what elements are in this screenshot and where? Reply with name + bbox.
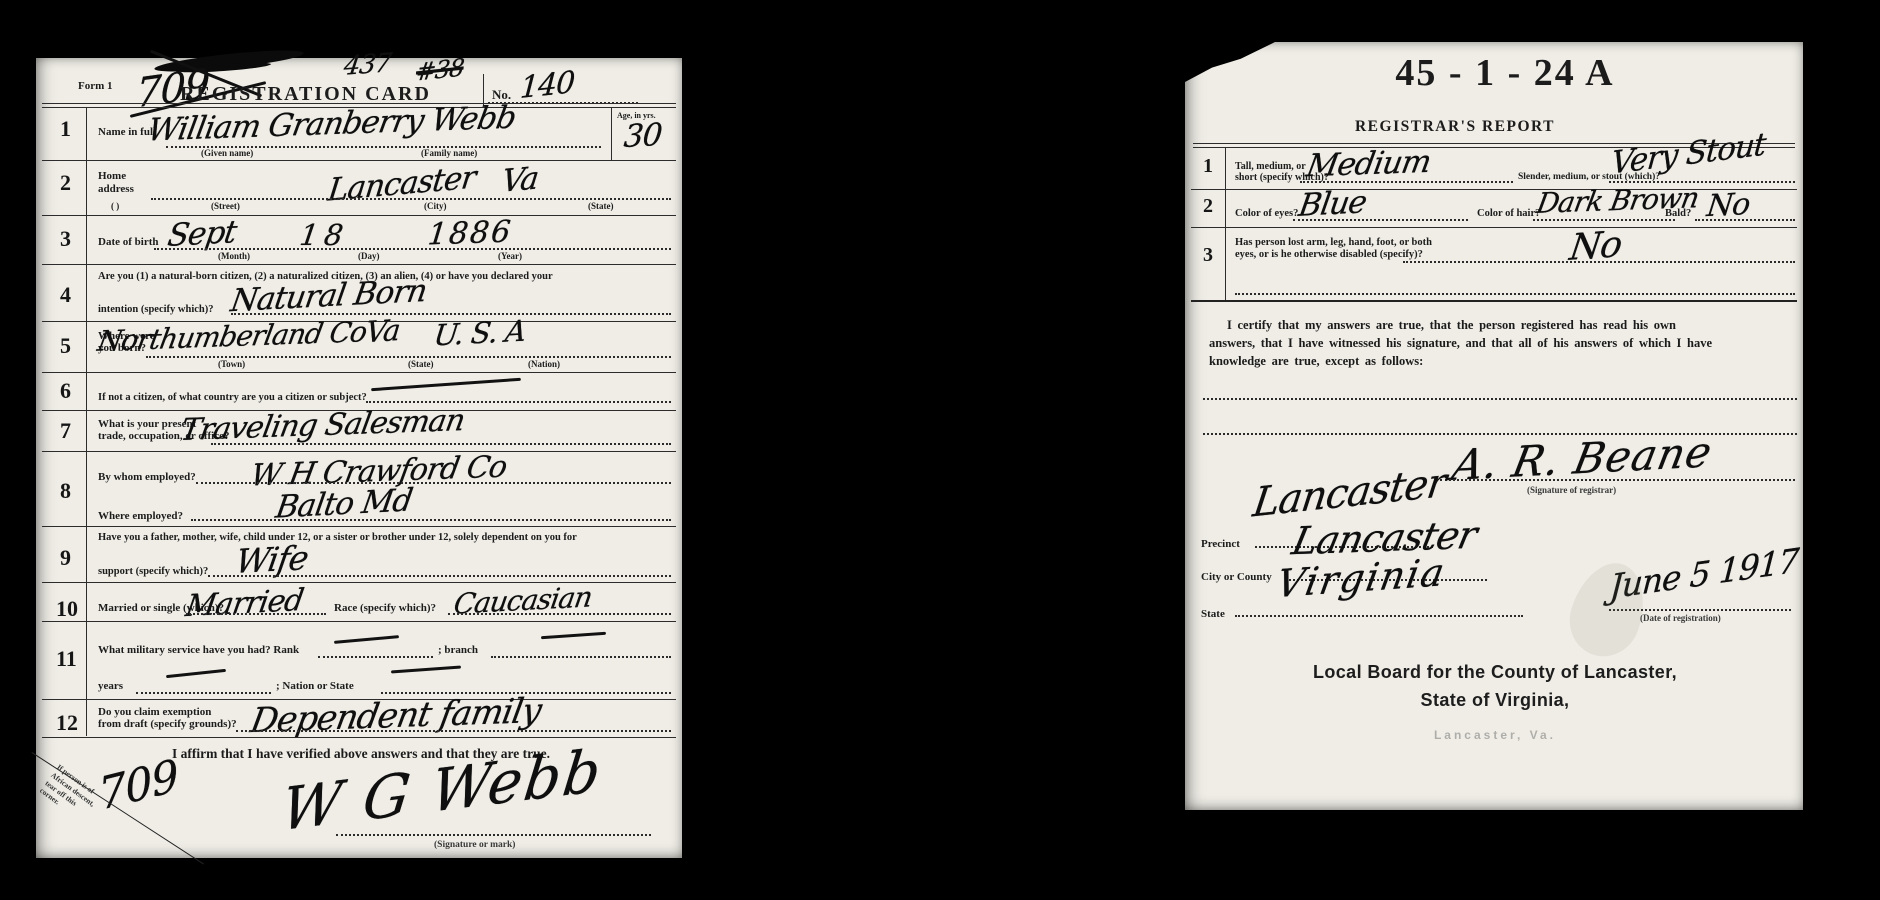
- report-row3-number: 3: [1203, 244, 1213, 267]
- month-sublabel: (Month): [218, 251, 250, 261]
- report-row2-dotted-3: [1695, 219, 1795, 221]
- row5-number: 5: [60, 333, 71, 359]
- row12-label-1: Do you claim exemption: [98, 706, 211, 718]
- birth-day-value: 18: [298, 218, 352, 252]
- state-label: State: [1201, 608, 1225, 620]
- signature-dotted-line: [336, 834, 651, 836]
- row10-number: 10: [56, 596, 78, 622]
- row11-label-3: years: [98, 680, 123, 692]
- marital-status-value: Married: [183, 583, 305, 624]
- report-row1-label-1: Tall, medium, or: [1235, 161, 1306, 172]
- registrar-signature-label: (Signature of registrar): [1527, 485, 1616, 495]
- city-sublabel: (City): [424, 201, 447, 211]
- family-name-sublabel: (Family name): [421, 148, 477, 158]
- eyes-value: Blue: [1296, 184, 1369, 224]
- registrars-report-card: 45 - 1 - 24 A REGISTRAR'S REPORT 1 Tall,…: [1185, 42, 1803, 810]
- exceptions-dotted-1: [1203, 398, 1797, 400]
- row6-dotted: [366, 401, 671, 403]
- registration-date-label: (Date of registration): [1640, 613, 1721, 623]
- scanned-draft-registration: Form 1 709 437 #38 REGISTRATION CARD No.…: [0, 0, 1880, 900]
- row10-label-2: Race (specify which)?: [334, 602, 436, 614]
- struck-serial-handwriting: #38: [415, 53, 465, 86]
- row5-dotted: [146, 356, 671, 358]
- street-sublabel: (Street): [211, 201, 240, 211]
- row1-sep: [42, 160, 676, 161]
- birthplace-nation-value: U. S. A: [432, 313, 528, 352]
- row4-number: 4: [60, 282, 71, 308]
- bottom-serial-handwriting: 709: [97, 750, 181, 821]
- row11-dash-1: [334, 635, 399, 644]
- row8-label-2: Where employed?: [98, 510, 183, 522]
- row5-sep: [42, 372, 676, 373]
- number-column-line: [86, 108, 87, 736]
- report-row1-number: 1: [1203, 155, 1213, 178]
- row8-sep: [42, 526, 676, 527]
- birth-year-value: 1886: [426, 214, 514, 252]
- row7-dotted: [211, 443, 671, 445]
- eyes-label: Color of eyes?: [1235, 208, 1298, 220]
- header-rule-1: [42, 103, 676, 104]
- form-number-label: Form 1: [78, 80, 113, 92]
- report-row2-sep: [1191, 227, 1797, 228]
- report-title: REGISTRAR'S REPORT: [1305, 118, 1605, 135]
- local-board-stamp-line-2: State of Virginia,: [1275, 690, 1715, 711]
- row8-number: 8: [60, 478, 71, 504]
- age-box-divider: [611, 108, 612, 160]
- row12-dotted: [236, 730, 671, 732]
- row4-question-2: intention (specify which)?: [98, 304, 214, 316]
- row3-label: Date of birth: [98, 236, 159, 248]
- disability-label-1: Has person lost arm, leg, hand, foot, or…: [1235, 237, 1432, 249]
- nation-sublabel: (Nation): [528, 359, 560, 369]
- row11-label-2: ; branch: [438, 644, 478, 656]
- row3-sep: [42, 264, 676, 265]
- row2-label-1: Home: [98, 170, 126, 182]
- row2-sep: [42, 215, 676, 216]
- row8-label-1: By whom employed?: [98, 471, 196, 483]
- row11-dash-4: [391, 666, 461, 674]
- row9-number: 9: [60, 545, 71, 571]
- row2-label-2: address: [98, 183, 134, 195]
- row2-number: 2: [60, 170, 71, 196]
- row10-dotted-1: [186, 613, 326, 615]
- certification-line-3: knowledge are true, except as follows:: [1209, 354, 1423, 369]
- report-row2-number: 2: [1203, 195, 1213, 218]
- row6-number: 6: [60, 378, 71, 404]
- row3-dotted: [154, 248, 671, 250]
- certification-line-2: answers, that I have witnessed his signa…: [1209, 336, 1712, 351]
- report-row3-dotted-1: [1403, 261, 1795, 263]
- row10-dotted-2: [448, 613, 671, 615]
- town-sublabel: (Town): [218, 359, 245, 369]
- local-board-stamp-line-1: Local Board for the County of Lancaster,: [1275, 662, 1715, 683]
- row11-dotted-1: [318, 656, 433, 658]
- row10-sep: [42, 621, 676, 622]
- disability-label-2: eyes, or is he otherwise disabled (speci…: [1235, 249, 1423, 261]
- street-paren-sublabel: ( ): [111, 201, 119, 211]
- city-or-county-label: City or County: [1201, 571, 1272, 583]
- row11-label-1: What military service have you had? Rank: [98, 644, 299, 656]
- signature-or-mark-label: (Signature or mark): [434, 840, 515, 851]
- tear-corner-note: If person is of African descent, tear of…: [38, 762, 103, 824]
- report-code: 45 - 1 - 24 A: [1345, 52, 1665, 95]
- row9-question-1: Have you a father, mother, wife, child u…: [98, 532, 577, 544]
- row11-label-4: ; Nation or State: [276, 680, 354, 692]
- state-dotted: [1235, 615, 1523, 617]
- report-row1-sep: [1191, 189, 1797, 190]
- age-value: 30: [622, 117, 663, 155]
- row11-dotted-3: [136, 692, 271, 694]
- row12-number: 12: [56, 710, 78, 736]
- row8-dotted-2: [191, 519, 671, 521]
- row8-dotted-1: [196, 482, 671, 484]
- born-state-sublabel: (State): [408, 359, 434, 369]
- report-row3-dotted-2: [1235, 293, 1795, 295]
- report-number-column-line: [1225, 147, 1226, 301]
- registration-card: Form 1 709 437 #38 REGISTRATION CARD No.…: [36, 58, 682, 858]
- precinct-label: Precinct: [1201, 538, 1240, 550]
- local-board-stamp-line-3: Lancaster, Va.: [1275, 728, 1715, 742]
- row4-dotted: [231, 313, 671, 315]
- build-height-value: Medium: [1304, 144, 1434, 185]
- report-row2-dotted-2: [1533, 219, 1675, 221]
- row2-dotted: [151, 198, 671, 200]
- row1-number: 1: [60, 116, 71, 142]
- row11-dash-2: [541, 632, 606, 640]
- bald-label: Bald?: [1665, 208, 1691, 220]
- day-sublabel: (Day): [358, 251, 380, 261]
- address-state-value: Va: [500, 160, 540, 200]
- row7-number: 7: [60, 418, 71, 444]
- row11-dotted-2: [491, 656, 671, 658]
- report-row1-dotted-1: [1300, 181, 1513, 183]
- address-city-value: Lancaster: [326, 159, 477, 208]
- row12-label-2: from draft (specify grounds)?: [98, 718, 237, 730]
- row11-dash-3: [166, 669, 226, 678]
- certification-line-1: I certify that my answers are true, that…: [1227, 318, 1676, 333]
- torn-corner: [1185, 42, 1275, 82]
- birthplace-state-value: Va: [364, 313, 401, 350]
- no-value: 140: [519, 65, 575, 106]
- hair-label: Color of hair?: [1477, 208, 1540, 220]
- row9-dotted: [208, 575, 671, 577]
- row6-label: If not a citizen, of what country are yo…: [98, 392, 367, 404]
- state-sublabel: (State): [588, 201, 614, 211]
- report-row2-dotted-1: [1293, 219, 1468, 221]
- row3-number: 3: [60, 226, 71, 252]
- row9-question-2: support (specify which)?: [98, 566, 208, 578]
- row7-sep: [42, 451, 676, 452]
- row11-number: 11: [56, 646, 77, 672]
- registrar-signature-dotted: [1440, 479, 1795, 481]
- year-sublabel: (Year): [498, 251, 522, 261]
- build-stout-value: Very Stout: [1610, 126, 1767, 182]
- report-row3-heavy-sep: [1191, 300, 1797, 302]
- corner-serial-handwriting: 437: [342, 48, 393, 82]
- row6-blank-dash: [371, 378, 521, 391]
- given-name-sublabel: (Given name): [201, 148, 253, 158]
